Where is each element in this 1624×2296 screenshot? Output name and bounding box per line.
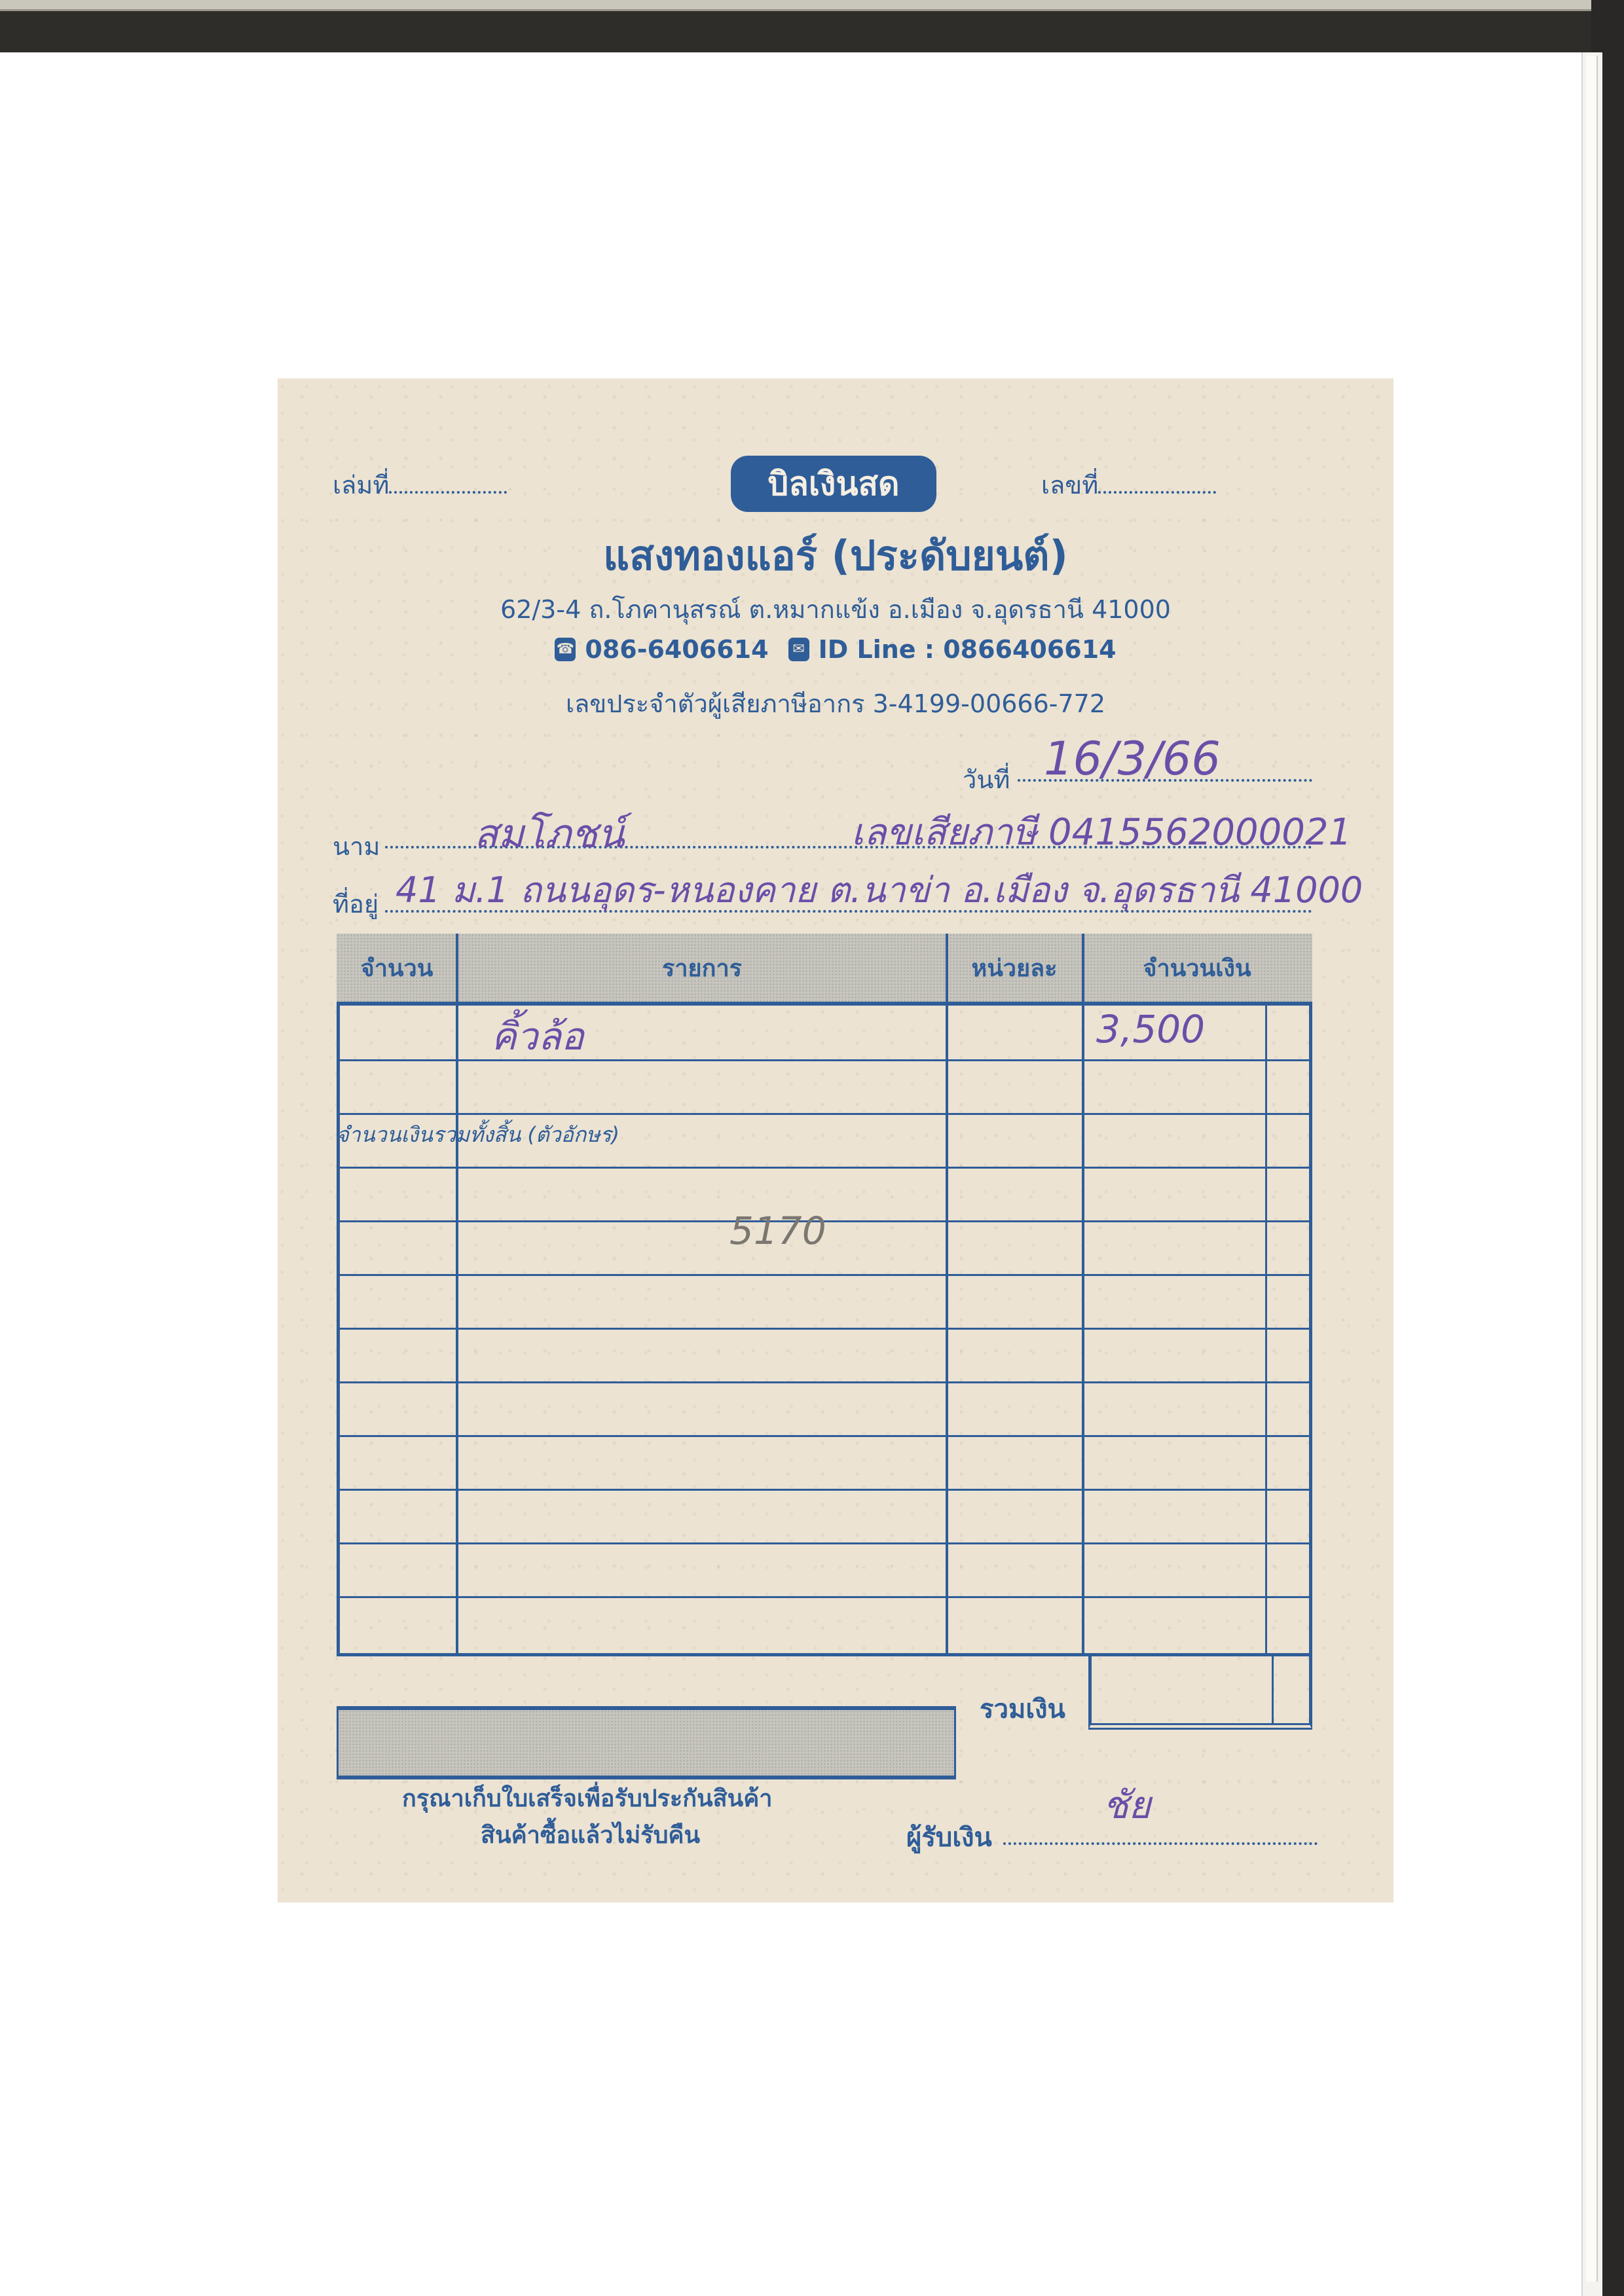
customer-name-label: นาม	[333, 826, 380, 866]
header-quantity: จำนวน	[337, 934, 457, 1002]
cash-bill-receipt: เล่มที่ บิลเงินสด เลขที่ แสงทองแอร์ (ประ…	[278, 378, 1393, 1903]
table-header: จำนวน รายการ หน่วยละ จำนวนเงิน	[337, 934, 1312, 1006]
pencil-note: 5170	[729, 1209, 826, 1253]
col-divider	[456, 934, 458, 1656]
shop-phone: 086-6406614	[585, 635, 768, 664]
customer-tax-id-value: เลขเสียภาษี 0415562000021	[851, 803, 1352, 861]
bill-number-label: เลขที่	[1041, 471, 1098, 500]
shop-line-id: ID Line : 0866406614	[819, 635, 1116, 664]
book-number-blank	[389, 471, 507, 494]
header-description: รายการ	[457, 934, 947, 1002]
amount-in-words-box	[337, 1706, 956, 1779]
receiver-signature-line	[1003, 1842, 1318, 1845]
customer-name-value: สมโภชน์	[474, 803, 625, 865]
line-chat-icon: ✉	[788, 638, 809, 661]
row-line	[337, 1113, 1312, 1115]
row-line	[337, 1596, 1312, 1598]
customer-address-value: 41 ม.1 ถนนอุดร-หนองคาย ต.นาข่า อ.เมือง จ…	[396, 862, 1363, 918]
satang-divider	[1272, 1656, 1274, 1723]
row-line	[337, 1167, 1312, 1169]
bill-number-field: เลขที่	[1041, 465, 1216, 505]
total-amount-box	[1088, 1656, 1312, 1730]
book-number-field: เล่มที่	[333, 465, 507, 505]
row-line	[337, 1435, 1312, 1437]
no-return-note: สินค้าซื้อแล้วไม่รับคืน	[481, 1816, 700, 1853]
row-line	[337, 1489, 1312, 1491]
shop-name: แสงทองแอร์ (ประดับยนต์)	[278, 524, 1393, 588]
col-divider	[946, 934, 948, 1656]
row-line	[337, 1274, 1312, 1276]
row-line	[337, 1381, 1312, 1383]
amount-in-words-label: จำนวนเงินรวมทั้งสิ้น (ตัวอักษร)	[337, 1118, 619, 1152]
phone-icon: ☎	[555, 638, 576, 661]
shop-tax-id: เลขประจำตัวผู้เสียภาษีอากร 3-4199-00666-…	[278, 683, 1393, 723]
receiver-label: ผู้รับเงิน	[906, 1816, 992, 1858]
col-divider	[1082, 934, 1084, 1656]
warranty-note: กรุณาเก็บใบเสร็จเพื่อรับประกันสินค้า	[402, 1779, 773, 1817]
row-1-amount: 3,500	[1096, 1007, 1205, 1051]
bill-number-blank	[1098, 471, 1216, 494]
customer-address-label: ที่อยู่	[333, 884, 378, 924]
receiver-signature: ชัย	[1103, 1786, 1151, 1824]
header-amount: จำนวนเงิน	[1082, 934, 1312, 1002]
shop-address: 62/3-4 ถ.โภคานุสรณ์ ต.หมากแข้ง อ.เมือง จ…	[278, 589, 1393, 629]
total-label: รวมเงิน	[980, 1688, 1065, 1730]
date-label: วันที่	[963, 759, 1010, 799]
header-unit-price: หน่วยละ	[947, 934, 1082, 1002]
row-1-item: คิ้วล้อ	[491, 1006, 584, 1066]
date-value: 16/3/66	[1044, 732, 1221, 786]
scanner-frame-top	[0, 0, 1624, 52]
row-line	[337, 1059, 1312, 1061]
satang-divider	[1265, 1006, 1267, 1656]
row-line	[337, 1328, 1312, 1330]
shop-contact: ☎ 086-6406614 ✉ ID Line : 0866406614	[278, 635, 1393, 664]
row-line	[337, 1542, 1312, 1544]
scanner-lid-edge	[0, 0, 1621, 11]
book-number-label: เล่มที่	[333, 471, 389, 500]
sheet-edge-inner	[1586, 56, 1598, 2282]
cash-bill-badge: บิลเงินสด	[731, 456, 936, 512]
